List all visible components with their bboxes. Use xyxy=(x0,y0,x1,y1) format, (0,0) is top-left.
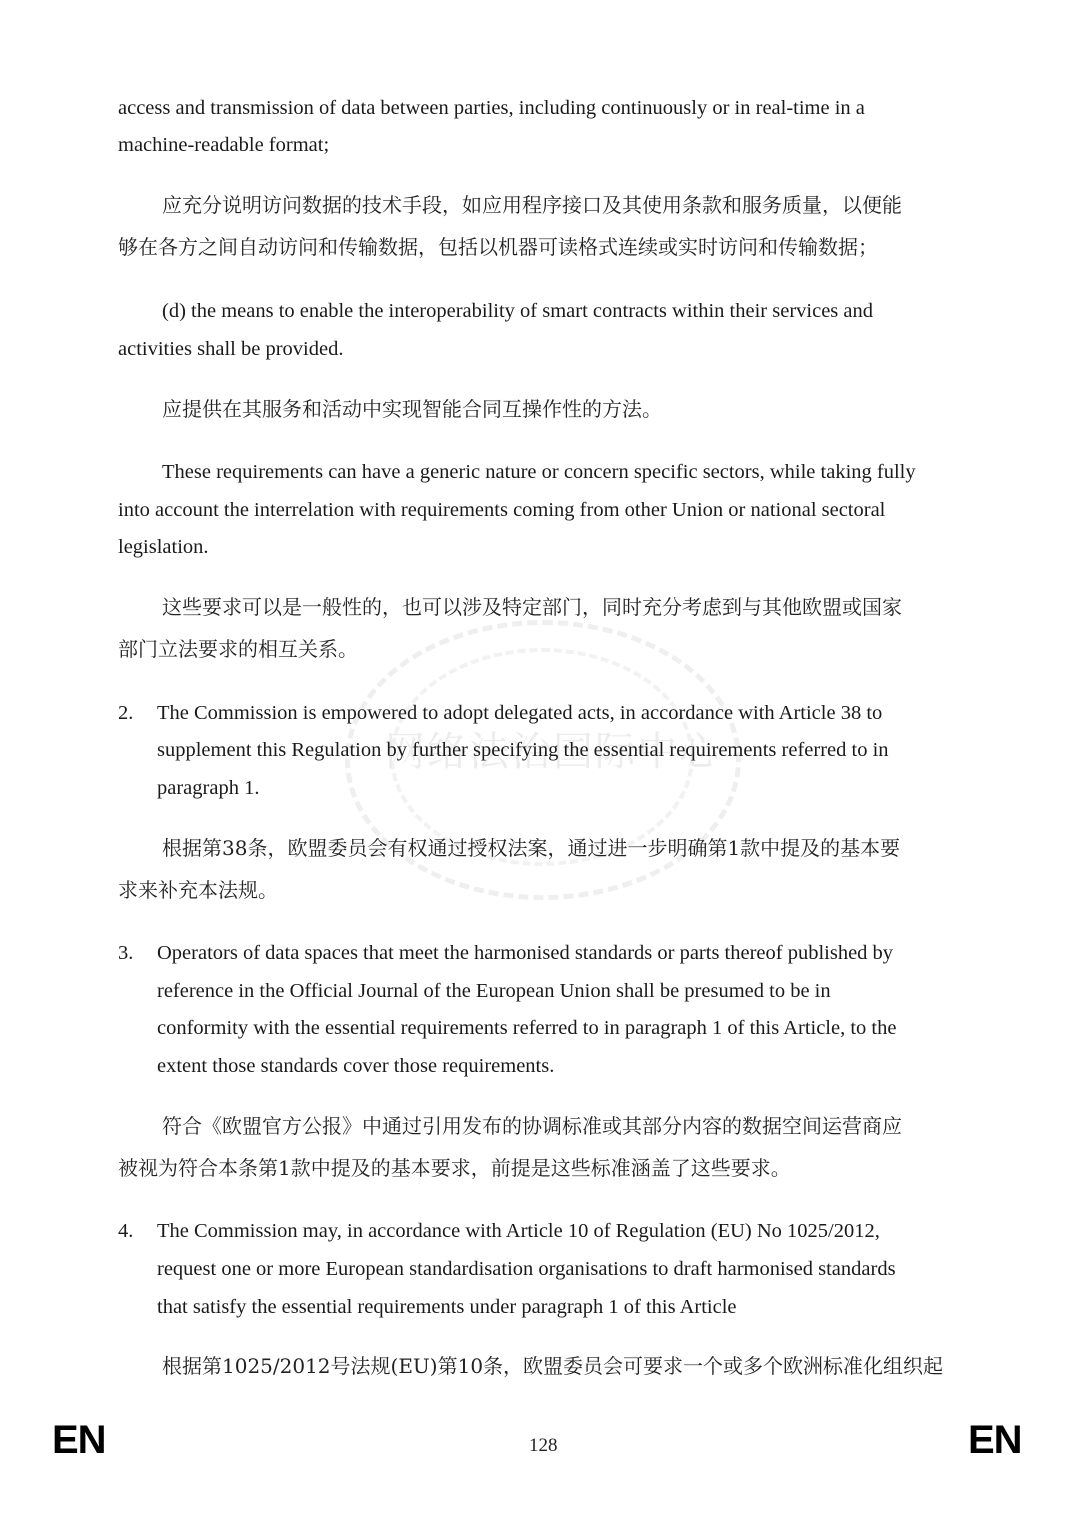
language-label-left: EN xyxy=(52,1418,106,1463)
text-line: 求来补充本法规。 xyxy=(118,880,278,900)
text-line: into account the interrelation with requ… xyxy=(118,500,885,521)
text-line: conformity with the essential requiremen… xyxy=(157,1018,896,1039)
text-line: activities shall be provided. xyxy=(118,339,343,360)
text-line: extent those standards cover those requi… xyxy=(157,1056,554,1077)
list-number: 4. xyxy=(118,1221,133,1242)
text-line: 根据第1025/2012号法规(EU)第10条，欧盟委员会可要求一个或多个欧洲标… xyxy=(162,1356,943,1376)
text-line: 部门立法要求的相互关系。 xyxy=(118,639,358,659)
list-number: 2. xyxy=(118,703,133,724)
text-line: Operators of data spaces that meet the h… xyxy=(157,943,893,964)
text-line: The Commission is empowered to adopt del… xyxy=(157,703,882,724)
text-line: 应提供在其服务和活动中实现智能合同互操作性的方法。 xyxy=(162,399,662,419)
text-line: that satisfy the essential requirements … xyxy=(157,1297,737,1318)
text-line: paragraph 1. xyxy=(157,778,259,799)
list-number: 3. xyxy=(118,943,133,964)
text-line: 这些要求可以是一般性的，也可以涉及特定部门，同时充分考虑到与其他欧盟或国家 xyxy=(162,597,902,617)
text-line: These requirements can have a generic na… xyxy=(162,462,916,483)
language-label-right: EN xyxy=(968,1418,1022,1463)
text-line: 根据第38条，欧盟委员会有权通过授权法案，通过进一步明确第1款中提及的基本要 xyxy=(162,838,900,858)
text-line: 被视为符合本条第1款中提及的基本要求，前提是这些标准涵盖了这些要求。 xyxy=(118,1158,791,1178)
page-number: 128 xyxy=(529,1435,558,1457)
text-line: The Commission may, in accordance with A… xyxy=(157,1221,880,1242)
text-line: machine-readable format; xyxy=(118,135,329,156)
text-line: 符合《欧盟官方公报》中通过引用发布的协调标准或其部分内容的数据空间运营商应 xyxy=(162,1116,902,1136)
text-line: (d) the means to enable the interoperabi… xyxy=(162,301,873,322)
text-line: access and transmission of data between … xyxy=(118,98,865,119)
watermark: 网络法治国际中心 xyxy=(345,620,735,910)
text-line: legislation. xyxy=(118,537,209,558)
text-line: reference in the Official Journal of the… xyxy=(157,981,831,1002)
text-line: 应充分说明访问数据的技术手段，如应用程序接口及其使用条款和服务质量，以便能 xyxy=(162,195,902,215)
text-line: supplement this Regulation by further sp… xyxy=(157,740,889,761)
text-line: 够在各方之间自动访问和传输数据，包括以机器可读格式连续或实时访问和传输数据； xyxy=(118,237,878,257)
text-line: request one or more European standardisa… xyxy=(157,1259,896,1280)
document-page: 网络法治国际中心 access and transmission of data… xyxy=(0,0,1080,1526)
